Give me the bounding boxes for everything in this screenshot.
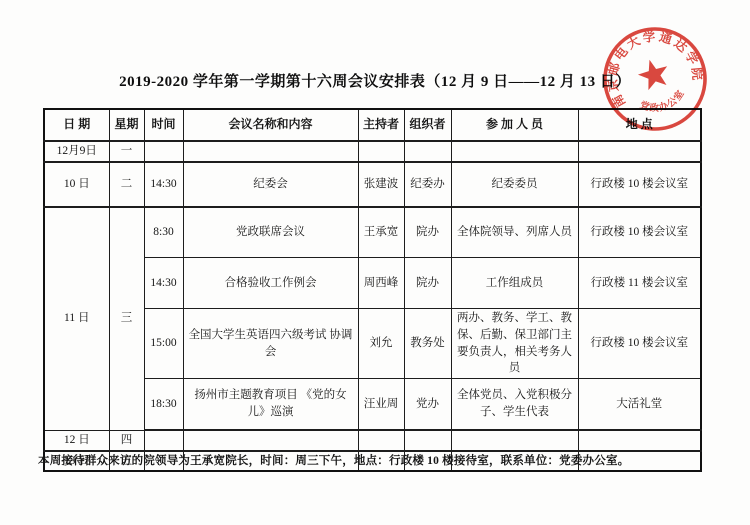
host-cell: [358, 141, 404, 162]
participants-cell: 全体院领导、列席人员: [451, 207, 578, 258]
header-organizer: 组织者: [404, 109, 451, 141]
meeting-name-cell: [183, 430, 358, 450]
organizer-cell: 院办: [404, 258, 451, 309]
header-weekday: 星期: [109, 109, 144, 141]
date-cell: 10 日: [44, 162, 109, 207]
host-cell: 张建波: [358, 162, 404, 207]
header-date: 日 期: [44, 109, 109, 141]
table-row: 11 日 三 8:30 党政联席会议 王承宽 院办 全体院领导、列席人员 行政楼…: [44, 207, 701, 258]
host-cell: [358, 430, 404, 450]
weekday-cell: 一: [109, 141, 144, 162]
participants-cell: 两办、教务、学工、教保、后勤、保卫部门主要负责人，相关考务人员: [451, 309, 578, 379]
weekday-cell: 三: [109, 207, 144, 431]
table-row: 12月9日 一: [44, 141, 701, 162]
time-cell: 14:30: [144, 162, 183, 207]
host-cell: 周西峰: [358, 258, 404, 309]
participants-cell: 纪委委员: [451, 162, 578, 207]
table-row: 12 日 四: [44, 430, 701, 450]
organizer-cell: [404, 141, 451, 162]
table-row: 10 日 二 14:30 纪委会 张建波 纪委办 纪委委员 行政楼 10 楼会议…: [44, 162, 701, 207]
header-meeting-name: 会议名称和内容: [183, 109, 358, 141]
meeting-name-cell: 党政联席会议: [183, 207, 358, 258]
participants-cell: 全体党员、入党积极分子、学生代表: [451, 378, 578, 430]
header-participants: 参 加 人 员: [451, 109, 578, 141]
meeting-name-cell: 扬州市主题教育项目 《党的女儿》巡演: [183, 378, 358, 430]
host-cell: 王承宽: [358, 207, 404, 258]
location-cell: 行政楼 10 楼会议室: [578, 207, 701, 258]
seal-bottom-text: 党政办公室: [635, 85, 690, 119]
meeting-name-cell: 合格验收工作例会: [183, 258, 358, 309]
table-header-row: 日 期 星期 时间 会议名称和内容 主持者 组织者 参 加 人 员 地 点: [44, 109, 701, 141]
organizer-cell: 纪委办: [404, 162, 451, 207]
date-cell: 11 日: [44, 207, 109, 431]
time-cell: 15:00: [144, 309, 183, 379]
participants-cell: [451, 141, 578, 162]
date-cell: 12 日: [44, 430, 109, 450]
time-cell: 18:30: [144, 378, 183, 430]
organizer-cell: 党办: [404, 378, 451, 430]
location-cell: 行政楼 10 楼会议室: [578, 309, 701, 379]
participants-cell: 工作组成员: [451, 258, 578, 309]
time-cell: 8:30: [144, 207, 183, 258]
location-cell: [578, 430, 701, 450]
organizer-cell: [404, 430, 451, 450]
location-cell: 大活礼堂: [578, 378, 701, 430]
date-cell: 12月9日: [44, 141, 109, 162]
organizer-cell: 院办: [404, 207, 451, 258]
scanned-document-page: 2019-2020 学年第一学期第十六周会议安排表（12 月 9 日——12 月…: [0, 0, 750, 525]
meeting-schedule-table: 日 期 星期 时间 会议名称和内容 主持者 组织者 参 加 人 员 地 点 12…: [43, 108, 702, 472]
participants-cell: [451, 430, 578, 450]
meeting-name-cell: 全国大学生英语四六级考试 协调会: [183, 309, 358, 379]
host-cell: 刘允: [358, 309, 404, 379]
weekday-cell: 二: [109, 162, 144, 207]
host-cell: 汪业周: [358, 378, 404, 430]
time-cell: [144, 141, 183, 162]
organizer-cell: 教务处: [404, 309, 451, 379]
time-cell: 14:30: [144, 258, 183, 309]
time-cell: [144, 430, 183, 450]
header-host: 主持者: [358, 109, 404, 141]
star-icon: [635, 56, 672, 92]
location-cell: 行政楼 11 楼会议室: [578, 258, 701, 309]
weekday-cell: 四: [109, 430, 144, 450]
reception-footer-note: 本周接待群众来访的院领导为王承宽院长，时间：周三下午，地点：行政楼 10 楼接待…: [38, 452, 738, 468]
meeting-name-cell: 纪委会: [183, 162, 358, 207]
meeting-name-cell: [183, 141, 358, 162]
location-cell: [578, 141, 701, 162]
header-time: 时间: [144, 109, 183, 141]
location-cell: 行政楼 10 楼会议室: [578, 162, 701, 207]
